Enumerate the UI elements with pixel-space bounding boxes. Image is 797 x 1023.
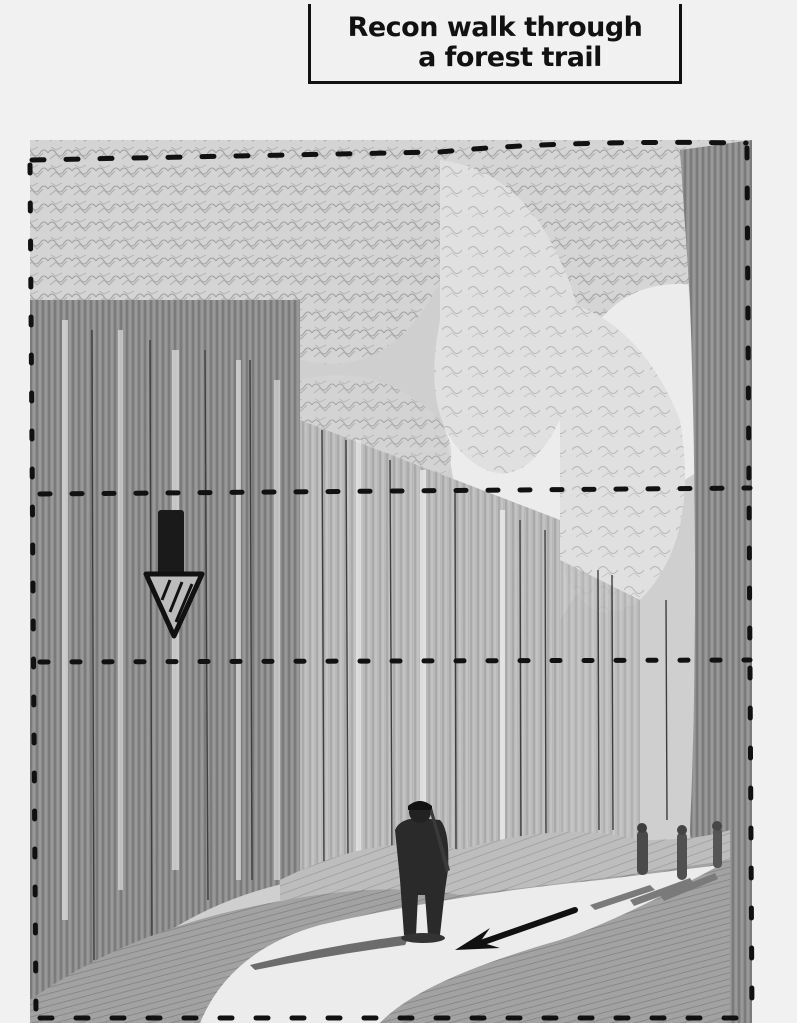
storyboard-panel — [0, 0, 797, 1023]
distant-figure-2 — [677, 825, 687, 880]
distant-figure-3 — [712, 821, 722, 868]
